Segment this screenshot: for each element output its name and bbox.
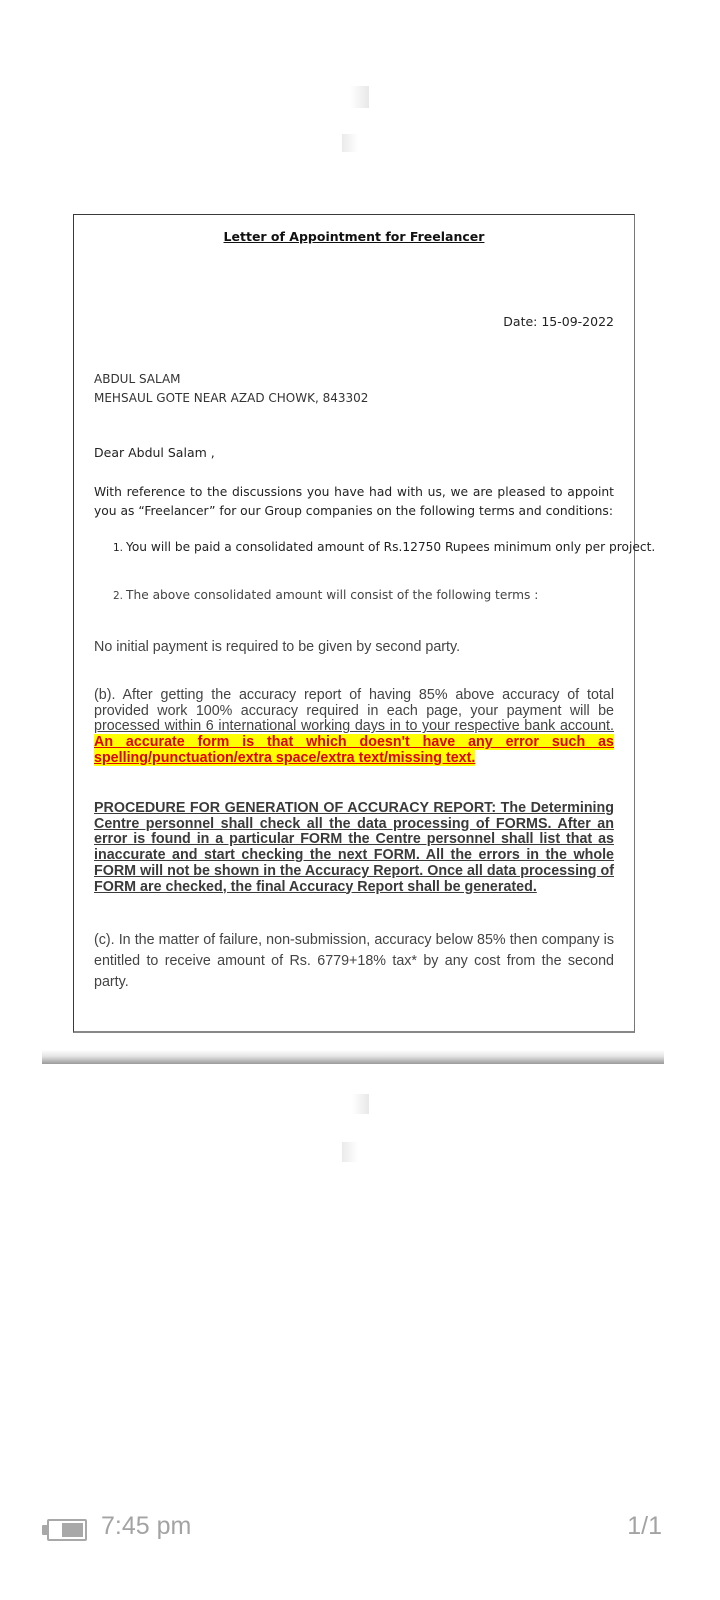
paragraph-b: (b). After getting the accuracy report o… (94, 688, 614, 767)
salutation: Dear Abdul Salam , (94, 445, 215, 460)
intro-paragraph: With reference to the discussions you ha… (94, 483, 614, 521)
letter-title: Letter of Appointment for Freelancer (74, 229, 634, 244)
paragraph-b-underlined: processed within 6 international working… (94, 718, 614, 734)
letter-page: Letter of Appointment for Freelancer Dat… (73, 214, 635, 1033)
viewer-status-bar: 7:45 pm 1/1 (0, 1510, 720, 1546)
recipient-block: ABDUL SALAM MEHSAUL GOTE NEAR AZAD CHOWK… (94, 370, 368, 408)
no-initial-payment-text: No initial payment is required to be giv… (94, 639, 460, 655)
page-placeholder-shadow (342, 134, 358, 152)
recipient-name: ABDUL SALAM (94, 370, 368, 389)
letter-date: Date: 15-09-2022 (503, 314, 614, 329)
page-placeholder-shadow (352, 1094, 369, 1114)
page-placeholder-shadow (342, 1142, 358, 1162)
page-placeholder-shadow (350, 86, 369, 108)
battery-icon (42, 1519, 88, 1541)
page-indicator[interactable]: 1/1 (627, 1512, 662, 1541)
paragraph-c: (c). In the matter of failure, non-submi… (94, 930, 614, 993)
recipient-address: MEHSAUL GOTE NEAR AZAD CHOWK, 843302 (94, 389, 368, 408)
term-number: 1. (113, 542, 123, 554)
term-number: 2. (113, 590, 123, 602)
term-item: 2.The above consolidated amount will con… (113, 588, 538, 602)
clock-time: 7:45 pm (101, 1512, 191, 1541)
accuracy-report-procedure: PROCEDURE FOR GENERATION OF ACCURACY REP… (94, 801, 614, 895)
page-bottom-shadow (42, 1050, 664, 1064)
term-item: 1.You will be paid a consolidated amount… (113, 540, 655, 554)
term-text: You will be paid a consolidated amount o… (126, 540, 655, 554)
paragraph-b-text: (b). After getting the accuracy report o… (94, 687, 614, 719)
term-text: The above consolidated amount will consi… (126, 588, 538, 602)
highlighted-accuracy-note: An accurate form is that which doesn't h… (94, 734, 614, 766)
